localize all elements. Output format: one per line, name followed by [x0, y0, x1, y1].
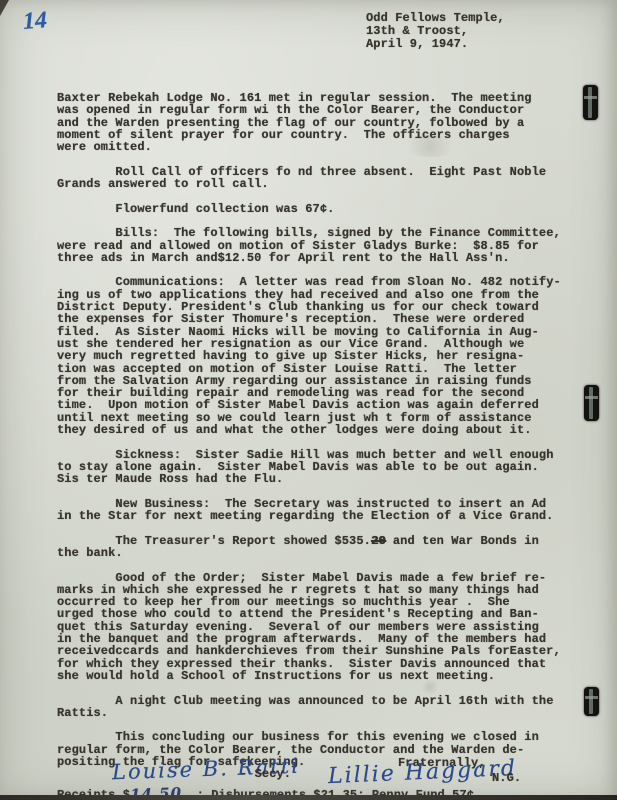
paragraph-treasurer-report: The Treasurer's Report showed $535.20 an… — [57, 535, 569, 560]
paragraph-roll-call: Roll Call of officers fo nd three absent… — [57, 166, 569, 191]
page-number: 14 — [22, 7, 48, 36]
paragraph-good-of-order: Good of the Order; Sister Mabel Davis ma… — [57, 572, 569, 683]
dateline: Odd Fellows Temple, 13th & Troost, April… — [366, 12, 505, 51]
binding-clip-top — [583, 85, 598, 120]
paragraph-night-club: A night Club meeting was announced to be… — [57, 695, 569, 720]
paragraph-communications: Communications: A letter was read from S… — [57, 276, 569, 436]
paragraph-opening: Baxter Rebekah Lodge No. 161 met in regu… — [57, 92, 569, 153]
paragraph-bills: Bills: The following bills, signed by th… — [57, 227, 569, 264]
binding-clip-bottom — [584, 687, 599, 716]
paragraph-sickness: Sickness: Sister Sadie Hill was much bet… — [57, 449, 569, 486]
secretary-title: - Secy. — [240, 768, 291, 780]
treasurer-struck-amount: 20 — [371, 534, 386, 548]
scan-bottom-edge — [0, 795, 617, 800]
scanned-minutes-page: 14 Odd Fellows Temple, 13th & Troost, Ap… — [0, 0, 617, 800]
binding-clip-middle — [584, 385, 599, 421]
minutes-body: Baxter Rebekah Lodge No. 161 met in regu… — [57, 92, 569, 768]
paragraph-flowerfund: Flowerfund collection was 67¢. — [57, 203, 569, 215]
paragraph-new-business: New Business: The Secretary was instruct… — [57, 498, 569, 523]
noble-grand-title: N.G. — [492, 772, 521, 784]
scan-corner-mark — [0, 0, 9, 16]
